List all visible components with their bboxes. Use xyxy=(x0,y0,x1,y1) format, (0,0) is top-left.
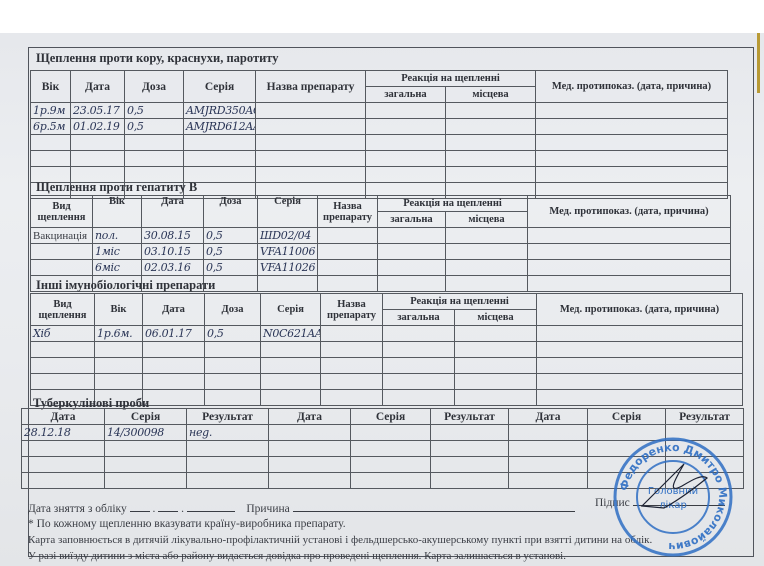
header-reaction: Реакція на щепленні xyxy=(378,196,528,212)
date-cell[interactable]: 01.02.19 xyxy=(71,119,125,135)
header-kind: Вид щеплення xyxy=(31,294,95,326)
reaction-local-cell[interactable] xyxy=(446,276,528,292)
date-cell[interactable] xyxy=(509,457,588,473)
contraindications-cell[interactable] xyxy=(528,228,731,244)
dose-cell[interactable]: 0,5 xyxy=(204,260,258,276)
age-cell[interactable] xyxy=(95,358,143,374)
contraindications-cell[interactable] xyxy=(536,103,728,119)
contraindications-cell[interactable] xyxy=(528,260,731,276)
date-cell[interactable] xyxy=(22,441,105,457)
header-age: Вік xyxy=(93,196,142,228)
tb-header: Серія xyxy=(105,409,187,425)
date-cell[interactable]: 06.01.17 xyxy=(143,326,205,342)
series-cell[interactable] xyxy=(351,425,431,441)
kind-cell[interactable] xyxy=(31,260,93,276)
reaction-local-cell[interactable] xyxy=(455,374,537,390)
official-stamp-icon: Федоренко Дмитро Миколайович Головний лі… xyxy=(612,436,734,558)
deregistration-label: Дата зняття з обліку xyxy=(28,503,127,515)
reaction-local-cell[interactable] xyxy=(446,167,536,183)
note-leave: У разі виїзду дитини з міста або району … xyxy=(28,550,566,562)
series-cell[interactable]: N0C621AA xyxy=(261,326,321,342)
drug-name-cell[interactable] xyxy=(318,244,378,260)
contraindications-cell[interactable] xyxy=(537,358,743,374)
date-cell[interactable]: 02.03.16 xyxy=(142,260,204,276)
table-row xyxy=(31,135,728,151)
date-cell[interactable] xyxy=(143,374,205,390)
header-reaction-local: місцева xyxy=(455,310,537,326)
contraindications-cell[interactable] xyxy=(536,151,728,167)
contraindications-cell[interactable] xyxy=(537,374,743,390)
age-cell[interactable] xyxy=(31,151,71,167)
series-cell[interactable] xyxy=(351,441,431,457)
series-cell[interactable] xyxy=(261,374,321,390)
dose-cell[interactable]: 0,5 xyxy=(204,244,258,260)
age-cell[interactable]: пол. xyxy=(93,228,142,244)
table-row xyxy=(31,358,743,374)
date-cell[interactable] xyxy=(71,135,125,151)
dose-cell[interactable]: 0,5 xyxy=(204,228,258,244)
kind-cell[interactable]: Вакцинація xyxy=(31,228,93,244)
header-reaction: Реакція на щепленні xyxy=(366,71,536,87)
tb-header: Серія xyxy=(588,409,666,425)
dose-cell[interactable]: 0,5 xyxy=(205,326,261,342)
header-reaction-general: загальна xyxy=(383,310,455,326)
series-cell[interactable] xyxy=(351,457,431,473)
table-row: Хіб1р.6м.06.01.170,5N0C621AA xyxy=(31,326,743,342)
series-cell[interactable]: AMJRD350AC xyxy=(184,103,256,119)
header-reaction-general: загальна xyxy=(378,212,446,228)
reaction-local-cell[interactable] xyxy=(446,135,536,151)
header-contraindications: Мед. протипоказ. (дата, причина) xyxy=(537,294,743,326)
note-fill: Карта заповнюється в дитячій лікувально-… xyxy=(28,534,652,546)
header-date: Дата xyxy=(143,294,205,326)
header-kind: Вид щеплення xyxy=(31,196,93,228)
tb-header: Дата xyxy=(22,409,105,425)
reaction-general-cell[interactable] xyxy=(383,390,455,406)
header-date: Дата xyxy=(142,196,204,228)
drug-name-cell[interactable] xyxy=(256,151,366,167)
table-row: 6міс02.03.160,5VFA11026 xyxy=(31,260,731,276)
series-cell[interactable]: AMJRD612AA xyxy=(184,119,256,135)
table-row xyxy=(31,374,743,390)
header-drug-name: Назва препарату xyxy=(256,71,366,103)
date-cell[interactable] xyxy=(143,358,205,374)
deregistration-day-field[interactable] xyxy=(130,501,150,512)
series-cell[interactable] xyxy=(261,390,321,406)
series-cell[interactable] xyxy=(258,276,318,292)
contraindications-cell[interactable] xyxy=(536,167,728,183)
header-reaction: Реакція на щепленні xyxy=(383,294,537,310)
other-table: Вид щеплення Вік Дата Доза Серія Назва п… xyxy=(30,293,743,406)
kind-cell[interactable] xyxy=(31,358,95,374)
contraindications-cell[interactable] xyxy=(537,390,743,406)
header-series: Серія xyxy=(258,196,318,228)
date-cell[interactable]: 30.08.15 xyxy=(142,228,204,244)
tb-header: Результат xyxy=(666,409,744,425)
date-cell[interactable] xyxy=(143,342,205,358)
reaction-local-cell[interactable] xyxy=(455,358,537,374)
header-dose: Доза xyxy=(204,196,258,228)
series-cell[interactable]: ШD02/04 xyxy=(258,228,318,244)
header-contraindications: Мед. протипоказ. (дата, причина) xyxy=(536,71,728,103)
reaction-general-cell[interactable] xyxy=(366,167,446,183)
header-age: Вік xyxy=(95,294,143,326)
reaction-general-cell[interactable] xyxy=(378,260,446,276)
reaction-local-cell[interactable] xyxy=(446,103,536,119)
header-age: Вік xyxy=(31,71,71,103)
header-dose: Доза xyxy=(205,294,261,326)
series-cell[interactable] xyxy=(105,441,187,457)
kind-cell[interactable] xyxy=(31,374,95,390)
kind-cell[interactable] xyxy=(31,342,95,358)
kind-cell[interactable] xyxy=(31,244,93,260)
reaction-local-cell[interactable] xyxy=(446,244,528,260)
tb-header: Дата xyxy=(269,409,351,425)
header-drug-name: Назва препарату xyxy=(318,196,378,228)
header-series: Серія xyxy=(261,294,321,326)
section-title-hepb: Щеплення проти гепатиту В xyxy=(36,180,197,195)
header-contraindications: Мед. протипоказ. (дата, причина) xyxy=(528,196,731,228)
series-cell[interactable] xyxy=(184,135,256,151)
date-cell[interactable] xyxy=(269,441,351,457)
dose-cell[interactable]: 0,5 xyxy=(125,119,184,135)
reaction-local-cell[interactable] xyxy=(446,119,536,135)
drug-name-cell[interactable] xyxy=(256,167,366,183)
drug-name-cell[interactable] xyxy=(321,390,383,406)
reaction-general-cell[interactable] xyxy=(383,374,455,390)
header-dose: Доза xyxy=(125,71,184,103)
reaction-local-cell[interactable] xyxy=(446,260,528,276)
series-cell[interactable]: VFA11006 xyxy=(258,244,318,260)
date-cell[interactable] xyxy=(22,457,105,473)
tb-header: Результат xyxy=(187,409,269,425)
reason-label: Причина xyxy=(246,503,289,515)
reaction-general-cell[interactable] xyxy=(378,228,446,244)
reaction-general-cell[interactable] xyxy=(383,326,455,342)
reaction-general-cell[interactable] xyxy=(366,119,446,135)
contraindications-cell[interactable] xyxy=(536,135,728,151)
reason-field[interactable] xyxy=(293,501,575,512)
date-cell[interactable] xyxy=(143,390,205,406)
drug-name-cell[interactable] xyxy=(318,276,378,292)
table-row xyxy=(31,342,743,358)
drug-name-cell[interactable] xyxy=(256,103,366,119)
reaction-local-cell[interactable] xyxy=(446,151,536,167)
drug-name-cell[interactable] xyxy=(318,260,378,276)
tb-header: Результат xyxy=(431,409,509,425)
deregistration-month-field[interactable] xyxy=(158,501,178,512)
contraindications-cell[interactable] xyxy=(537,326,743,342)
age-cell[interactable]: 6міс xyxy=(93,260,142,276)
age-cell[interactable] xyxy=(95,342,143,358)
kind-cell[interactable]: Хіб xyxy=(31,326,95,342)
header-date: Дата xyxy=(71,71,125,103)
date-cell[interactable] xyxy=(22,473,105,489)
svg-text:лікар: лікар xyxy=(659,499,687,511)
table-row: 6р.5м01.02.190,5AMJRD612AA xyxy=(31,119,728,135)
contraindications-cell[interactable] xyxy=(537,342,743,358)
drug-name-cell[interactable] xyxy=(321,342,383,358)
drug-name-cell[interactable] xyxy=(256,119,366,135)
age-cell[interactable]: 1р.9м xyxy=(31,103,71,119)
series-cell[interactable]: VFA11026 xyxy=(258,260,318,276)
reaction-general-cell[interactable] xyxy=(378,244,446,260)
section-title-other: Інші імунобіологічні препарати xyxy=(36,278,215,293)
age-cell[interactable] xyxy=(95,374,143,390)
result-cell[interactable] xyxy=(431,457,509,473)
reaction-general-cell[interactable] xyxy=(383,342,455,358)
drug-name-cell[interactable] xyxy=(321,326,383,342)
date-cell[interactable] xyxy=(509,473,588,489)
date-cell[interactable]: 28.12.18 xyxy=(22,425,105,441)
dose-cell[interactable] xyxy=(205,358,261,374)
reaction-general-cell[interactable] xyxy=(366,135,446,151)
header-reaction-general: загальна xyxy=(366,87,446,103)
note-star: * По кожному щепленню вказувати країну-в… xyxy=(28,518,346,530)
date-cell[interactable] xyxy=(269,473,351,489)
table-row xyxy=(31,151,728,167)
result-cell[interactable] xyxy=(431,473,509,489)
reaction-general-cell[interactable] xyxy=(383,358,455,374)
drug-name-cell[interactable] xyxy=(318,228,378,244)
series-cell[interactable] xyxy=(351,473,431,489)
series-cell[interactable] xyxy=(261,358,321,374)
reaction-local-cell[interactable] xyxy=(446,228,528,244)
reaction-general-cell[interactable] xyxy=(366,103,446,119)
result-cell[interactable] xyxy=(187,473,269,489)
dose-cell[interactable]: 0,5 xyxy=(125,103,184,119)
header-reaction-local: місцева xyxy=(446,212,528,228)
dose-cell[interactable] xyxy=(205,342,261,358)
series-cell[interactable] xyxy=(105,473,187,489)
date-cell[interactable]: 03.10.15 xyxy=(142,244,204,260)
paper-edge xyxy=(757,33,760,93)
deregistration-year-field[interactable] xyxy=(187,501,235,512)
age-cell[interactable] xyxy=(31,135,71,151)
drug-name-cell[interactable] xyxy=(256,135,366,151)
section-title-mmr: Щеплення проти кору, краснухи, паротиту xyxy=(36,51,279,66)
result-cell[interactable]: неg. xyxy=(187,425,269,441)
result-cell[interactable] xyxy=(431,441,509,457)
reaction-general-cell[interactable] xyxy=(366,151,446,167)
age-cell[interactable]: 6р.5м xyxy=(31,119,71,135)
date-cell[interactable] xyxy=(269,425,351,441)
age-cell[interactable]: 1міс xyxy=(93,244,142,260)
table-row: 1р.9м23.05.170,5AMJRD350AC xyxy=(31,103,728,119)
header-drug-name: Назва препарату xyxy=(321,294,383,326)
date-cell[interactable] xyxy=(71,151,125,167)
contraindications-cell[interactable] xyxy=(528,276,731,292)
series-cell[interactable]: 14/300098 xyxy=(105,425,187,441)
header-series: Серія xyxy=(184,71,256,103)
tb-header: Дата xyxy=(509,409,588,425)
dose-cell[interactable] xyxy=(205,390,261,406)
dose-cell[interactable] xyxy=(205,374,261,390)
dose-cell[interactable] xyxy=(125,151,184,167)
series-cell[interactable] xyxy=(261,342,321,358)
contraindications-cell[interactable] xyxy=(536,119,728,135)
tb-header: Серія xyxy=(351,409,431,425)
result-cell[interactable] xyxy=(187,441,269,457)
reaction-local-cell[interactable] xyxy=(455,390,537,406)
deregistration-line: Дата зняття з обліку . . Причина xyxy=(28,501,575,515)
table-row: Вакцинаціяпол.30.08.150,5ШD02/04 xyxy=(31,228,731,244)
series-cell[interactable] xyxy=(184,151,256,167)
date-cell[interactable] xyxy=(509,441,588,457)
drug-name-cell[interactable] xyxy=(321,374,383,390)
dose-cell[interactable] xyxy=(125,135,184,151)
date-cell[interactable]: 23.05.17 xyxy=(71,103,125,119)
header-reaction-local: місцева xyxy=(446,87,536,103)
date-cell[interactable] xyxy=(269,457,351,473)
result-cell[interactable] xyxy=(187,457,269,473)
result-cell[interactable] xyxy=(431,425,509,441)
age-cell[interactable]: 1р.6м. xyxy=(95,326,143,342)
series-cell[interactable] xyxy=(105,457,187,473)
drug-name-cell[interactable] xyxy=(321,358,383,374)
reaction-local-cell[interactable] xyxy=(455,326,537,342)
table-row: 1міс03.10.150,5VFA11006 xyxy=(31,244,731,260)
reaction-general-cell[interactable] xyxy=(378,276,446,292)
reaction-local-cell[interactable] xyxy=(455,342,537,358)
contraindications-cell[interactable] xyxy=(528,244,731,260)
date-cell[interactable] xyxy=(509,425,588,441)
